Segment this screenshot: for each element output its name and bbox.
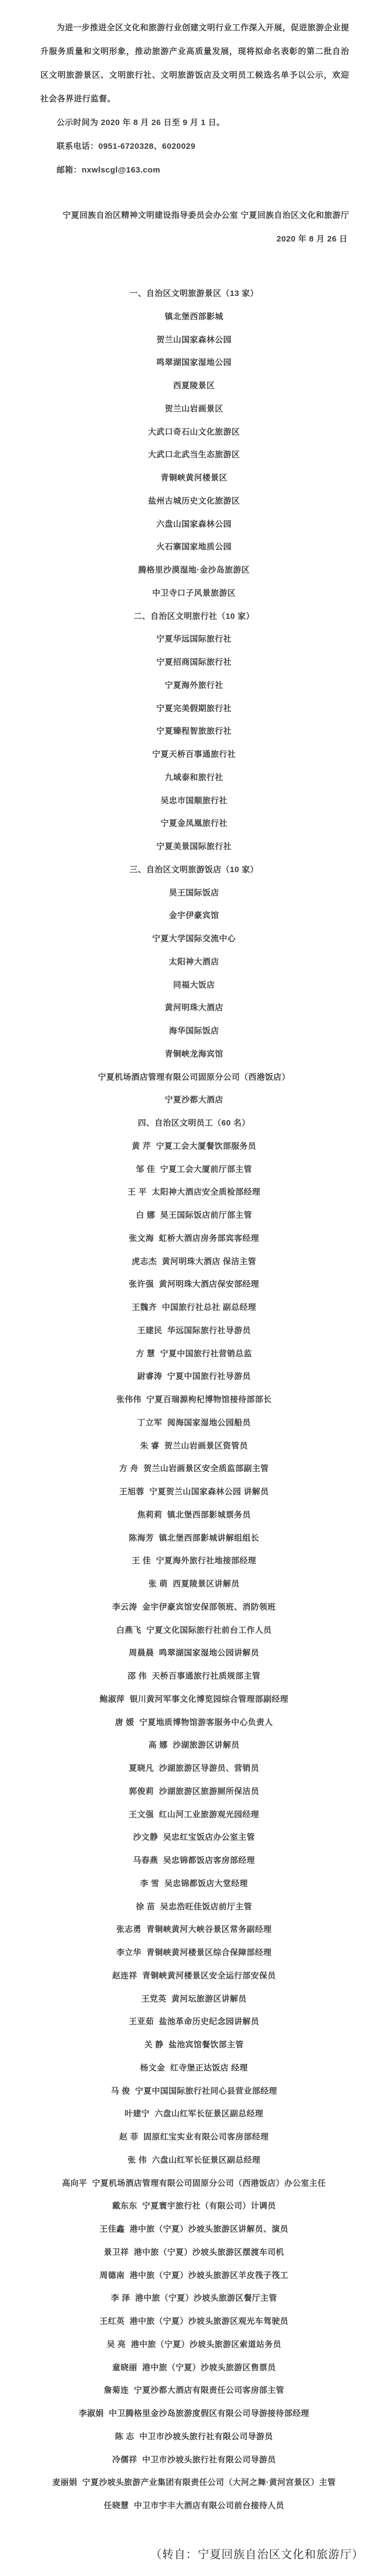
list-item: 王亚茹 盐池革命历史纪念园讲解员 — [0, 2011, 388, 2034]
list-item: 马春燕 吴忠锦都饭店客房部经理 — [0, 1849, 388, 1873]
list-item: 青铜峡龙海宾馆 — [0, 1043, 388, 1066]
list-item: 黄 芹 宁夏工会大厦餐饮部服务员 — [0, 1135, 388, 1158]
list-item: 虎志杰 黄河明珠大酒店 保洁主管 — [0, 1251, 388, 1274]
list-item: 宁夏海外旅行社 — [0, 674, 388, 697]
section-item-list: 镇北堡西部影城贺兰山国家森林公园鸣翠湖国家湿地公园西夏陵景区贺兰山岩画景区大武口… — [0, 306, 388, 605]
list-item: 张 伟 六盘山红军长征景区副总经理 — [0, 2149, 388, 2172]
announcement-document: 为进一步推进全区文化和旅游行业创建文明行业工作深入开展，促进旅游企业提升服务质量… — [0, 0, 388, 2576]
list-item: 昊王国际饭店 — [0, 882, 388, 905]
section-heading: 四、自治区文明员工（60 名） — [0, 1112, 388, 1135]
list-item: 王建民 华远国际旅行社导游员 — [0, 1320, 388, 1343]
list-item: 王文强 红山河工业旅游观光园经理 — [0, 1804, 388, 1827]
list-item: 冷儒祥 中卫市沙坡头旅行社有限公司导游员 — [0, 2449, 388, 2472]
list-item: 白 娜 昊王国际饭店前厅部主管 — [0, 1204, 388, 1227]
list-item: 中卫寺口子风景旅游区 — [0, 582, 388, 605]
list-item: 贺兰山国家森林公园 — [0, 329, 388, 352]
list-item: 宁夏天桥百事通旅行社 — [0, 743, 388, 766]
list-item: 宁夏沙都大酒店 — [0, 1089, 388, 1112]
list-item: 贺兰山岩画景区 — [0, 398, 388, 421]
list-item: 李 雪 吴忠锦都饭店大堂经理 — [0, 1873, 388, 1896]
list-item: 同福大饭店 — [0, 974, 388, 997]
list-item: 马 俊 宁夏中国国际旅行社同心县营业部经理 — [0, 2080, 388, 2103]
list-item: 唐 媛 宁夏地质博物馆游客服务中心负责人 — [0, 1711, 388, 1735]
list-item: 郭俊莉 沙湖旅游区旅游厕所保洁员 — [0, 1780, 388, 1804]
list-item: 丁立军 阅海国家湿地公园船员 — [0, 1412, 388, 1435]
list-item: 宁夏机场酒店管理有限公司固原分公司（西港饭店） — [0, 1066, 388, 1089]
list-item: 王 佳 宁夏海外旅行社地接部经理 — [0, 1550, 388, 1573]
list-item: 宁夏臻程智旅旅行社 — [0, 720, 388, 743]
list-item: 尉睿涛 宁夏中国旅行社导游员 — [0, 1365, 388, 1389]
issuers-line: 宁夏回族自治区精神文明建设指导委员会办公室 宁夏回族自治区文化和旅游厅 — [0, 204, 388, 227]
list-item: 西夏陵景区 — [0, 375, 388, 398]
list-item: 腾格里沙漠湿地·金沙岛旅游区 — [0, 559, 388, 582]
list-item: 王佳鑫 港中旅（宁夏）沙坡头旅游区讲解员、演员 — [0, 2218, 388, 2241]
list-item: 九域泰和旅行社 — [0, 766, 388, 790]
list-item: 王旭蓉 宁夏贺兰山国家森林公园 讲解员 — [0, 1481, 388, 1504]
list-item: 邵 伟 天桥百事通旅行社质规部主管 — [0, 1665, 388, 1688]
email-line: 邮箱：nxwlscgl@163.com — [0, 158, 388, 182]
list-item: 宁夏完美假期旅行社 — [0, 697, 388, 721]
section-item-list: 宁夏华远国际旅行社宁夏招商国际旅行社宁夏海外旅行社宁夏完美假期旅行社宁夏臻程智旅… — [0, 628, 388, 859]
list-item: 张 萌 西夏陵景区讲解员 — [0, 1573, 388, 1596]
list-item: 叶建宁 六盘山红军长征景区副总经理 — [0, 2103, 388, 2126]
list-item: 王魏齐 中国旅行社总社 副总经理 — [0, 1296, 388, 1320]
list-item: 高 娜 沙湖旅游区讲解员 — [0, 1734, 388, 1757]
list-item: 景卫祥 港中旅（宁夏）沙坡头旅游区摆渡车司机 — [0, 2241, 388, 2264]
list-item: 麦丽娟 宁夏沙坡头旅游产业集团有限责任公司（大河之舞·黄河宫景区）主管 — [0, 2471, 388, 2495]
list-item: 王 平 太阳神大酒店安全质检部经理 — [0, 1181, 388, 1204]
list-item: 夏晓凡 沙湖旅游区导游员、营销员 — [0, 1757, 388, 1780]
list-item: 张志勇 青铜峡黄河大峡谷景区常务副经理 — [0, 1918, 388, 1942]
list-item: 方 舟 贺兰山岩画景区安全质监部副主管 — [0, 1458, 388, 1481]
list-item: 方 慧 宁夏中国旅行社营销总监 — [0, 1343, 388, 1366]
list-item: 吴忠市国顺旅行社 — [0, 790, 388, 813]
list-item: 六盘山国家森林公园 — [0, 513, 388, 536]
list-item: 关 静 盐池宾馆餐饮部主管 — [0, 2034, 388, 2057]
list-item: 宁夏招商国际旅行社 — [0, 651, 388, 674]
list-item: 陈 志 中卫市沙坡头旅行社有限公司导游员 — [0, 2426, 388, 2449]
list-item: 徐 苗 吴忠浩旺佳饭店前厅主管 — [0, 1896, 388, 1919]
list-item: 青铜峡黄河楼景区 — [0, 467, 388, 490]
list-item: 宁夏金凤凰旅行社 — [0, 812, 388, 835]
list-item: 白燕飞 宁夏文化国际旅行社前台工作人员 — [0, 1619, 388, 1642]
list-item: 杨文金 红寺堡正达饭店 经理 — [0, 2057, 388, 2080]
section-item-list: 昊王国际饭店金宇伊豪宾馆宁夏大学国际交流中心太阳神大酒店同福大饭店黄河明珠大酒店… — [0, 882, 388, 1113]
list-item: 童晓丽 港中旅（宁夏）沙坡头旅游区售票员 — [0, 2357, 388, 2380]
list-item: 周晨晨 鸣翠湖国家湿地公园讲解员 — [0, 1642, 388, 1665]
list-item: 鲍淑萍 银川黄河军事文化博览园综合管理部副经理 — [0, 1688, 388, 1711]
list-item: 镇北堡西部影城 — [0, 306, 388, 329]
section-travel-agencies: 二、自治区文明旅行社（10 家） 宁夏华远国际旅行社宁夏招商国际旅行社宁夏海外旅… — [0, 605, 388, 859]
list-item: 朱 睿 贺兰山岩画景区资管员 — [0, 1435, 388, 1458]
list-item: 吴 亮 港中旅（宁夏）沙坡头旅游区索道站务员 — [0, 2333, 388, 2357]
list-item: 张许强 黄河明珠大酒店保安部经理 — [0, 1273, 388, 1296]
list-item: 太阳神大酒店 — [0, 951, 388, 974]
list-item: 赵连祥 青铜峡黄河楼景区安全运行部安保员 — [0, 1965, 388, 1988]
list-item: 王党英 黄河坛旅游区讲解员 — [0, 1988, 388, 2011]
list-item: 海华国际饭店 — [0, 1020, 388, 1043]
footer-source-note: （转自：宁夏回族自治区文化和旅游厅） — [0, 2546, 388, 2564]
list-item: 高向平 宁夏机场酒店管理有限公司固原分公司（西港饭店）办公室主任 — [0, 2172, 388, 2195]
list-item: 焦莉莉 镇北堡西部影城票务员 — [0, 1504, 388, 1527]
section-employees: 四、自治区文明员工（60 名） 黄 芹 宁夏工会大厦餐饮部服务员邹 佳 宁夏工会… — [0, 1112, 388, 2518]
section-heading: 一、自治区文明旅游景区（13 家） — [0, 282, 388, 306]
list-item: 张文海 虹桥大酒店房务部宾客经理 — [0, 1227, 388, 1251]
section-heading: 二、自治区文明旅行社（10 家） — [0, 605, 388, 629]
list-item: 沙文静 吴忠红宝饭店办公室主管 — [0, 1826, 388, 1849]
contact-phone-line: 联系电话：0951-6720328、6020029 — [0, 135, 388, 158]
section-heading: 三、自治区文明旅游饭店（10 家） — [0, 859, 388, 882]
list-item: 宁夏华远国际旅行社 — [0, 628, 388, 651]
list-item: 李 泽 港中旅（宁夏）沙坡头旅游区餐厅主管 — [0, 2287, 388, 2310]
list-item: 火石寨国家地质公园 — [0, 536, 388, 559]
list-item: 李立华 青铜峡黄河楼景区综合保障部经理 — [0, 1942, 388, 1965]
list-item: 詹菊连 宁夏沙都大酒店有限责任公司客房部主管 — [0, 2379, 388, 2402]
list-item: 邹 佳 宁夏工会大厦前厅部主管 — [0, 1158, 388, 1182]
list-item: 赵 菲 固原红宝实业有限公司客房部经理 — [0, 2126, 388, 2149]
issue-date: 2020 年 8 月 26 日 — [0, 227, 388, 251]
list-item: 鸣翠湖国家湿地公园 — [0, 351, 388, 375]
list-item: 盐州古城历史文化旅游区 — [0, 490, 388, 513]
section-item-list: 黄 芹 宁夏工会大厦餐饮部服务员邹 佳 宁夏工会大厦前厅部主管王 平 太阳神大酒… — [0, 1135, 388, 2518]
list-item: 金宇伊豪宾馆 — [0, 904, 388, 928]
list-item: 陈海芳 镇北堡西部影城讲解组组长 — [0, 1527, 388, 1550]
list-item: 周德南 港中旅（宁夏）沙坡头旅游区羊皮筏子筏工 — [0, 2264, 388, 2288]
sections-container: 一、自治区文明旅游景区（13 家） 镇北堡西部影城贺兰山国家森林公园鸣翠湖国家湿… — [0, 282, 388, 2518]
section-hotels: 三、自治区文明旅游饭店（10 家） 昊王国际饭店金宇伊豪宾馆宁夏大学国际交流中心… — [0, 859, 388, 1112]
publicity-period-line: 公示时间为 2020 年 8 月 26 日至 9 月 1 日。 — [0, 111, 388, 135]
list-item: 大武口奇石山文化旅游区 — [0, 421, 388, 444]
list-item: 张伟伟 宁夏百瑞源枸杞博物馆接待部部长 — [0, 1389, 388, 1412]
intro-paragraph: 为进一步推进全区文化和旅游行业创建文明行业工作深入开展，促进旅游企业提升服务质量… — [0, 16, 388, 111]
list-item: 李淑娟 中卫腾格里金沙岛旅游度假区有限公司导游接待部经理 — [0, 2402, 388, 2426]
list-item: 宁夏美景国际旅行社 — [0, 835, 388, 859]
section-scenic-areas: 一、自治区文明旅游景区（13 家） 镇北堡西部影城贺兰山国家森林公园鸣翠湖国家湿… — [0, 282, 388, 605]
list-item: 黄河明珠大酒店 — [0, 997, 388, 1020]
list-item: 王红英 港中旅（宁夏）沙坡头旅游区观光车驾驶员 — [0, 2310, 388, 2333]
list-item: 任晓慧 中卫市宇丰大酒店有限公司前台接待人员 — [0, 2495, 388, 2518]
list-item: 宁夏大学国际交流中心 — [0, 928, 388, 951]
list-item: 戴东东 宁夏寰宇旅行社（有限公司）计调员 — [0, 2195, 388, 2218]
list-item: 大武口北武当生态旅游区 — [0, 444, 388, 467]
list-item: 李云涛 金宇伊豪宾馆安保部领班、消防领班 — [0, 1596, 388, 1619]
